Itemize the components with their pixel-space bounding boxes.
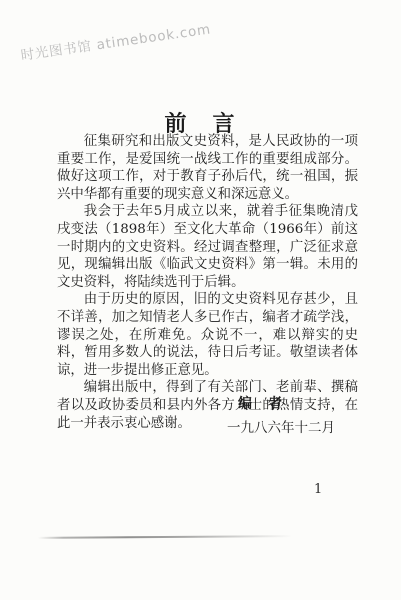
paragraph-2: 我会于去年5月成立以来，就着手征集晚清戊戌变法（1898年）至文化大革命（196… [57, 203, 358, 291]
library-watermark: 时光图书馆 atimebook.com [19, 18, 212, 64]
publication-date: 一九八六年十二月 [227, 416, 335, 436]
preface-body: 征集研究和出版文史资料，是人民政协的一项重要工作，是爱国统一战线工作的重要组成部… [57, 133, 358, 432]
paragraph-1: 征集研究和出版文史资料，是人民政协的一项重要工作，是爱国统一战线工作的重要组成部… [57, 133, 358, 203]
paragraph-3: 由于历史的原因，旧的文史资料见存甚少，且不详善，加之知情老人多已作古，编者才疏学… [57, 291, 358, 379]
scanned-book-page: 时光图书馆 atimebook.com 前 言 · 征集研究和出版文史资料，是人… [0, 0, 401, 600]
author-signature: 编 者 [238, 393, 283, 413]
scan-artifact-line [38, 535, 292, 538]
page-number: 1 [314, 482, 322, 497]
